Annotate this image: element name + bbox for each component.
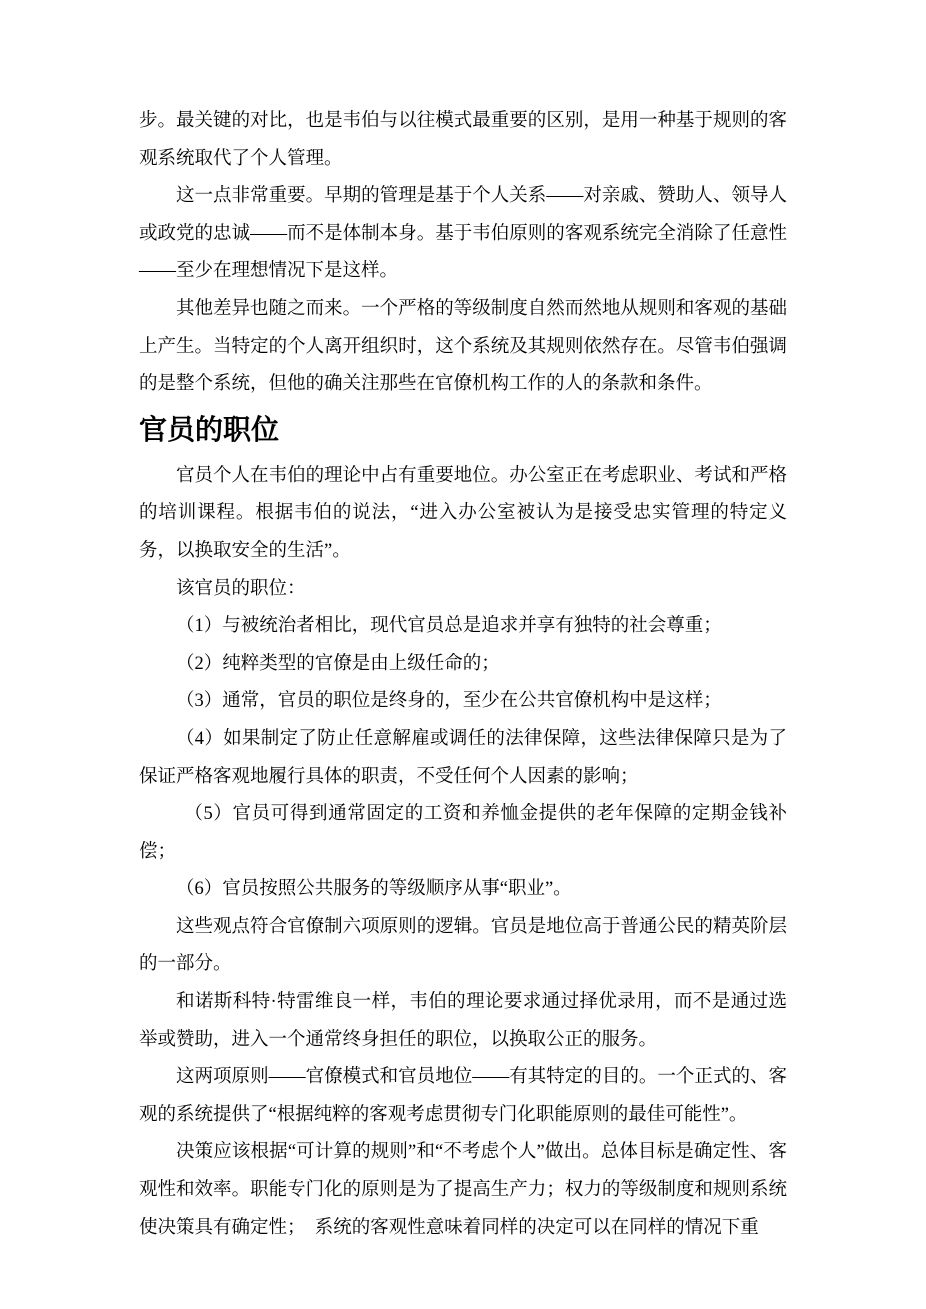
list-item: （2）纯粹类型的官僚是由上级任命的； xyxy=(139,646,787,684)
paragraph: 决策应该根据“可计算的规则”和“不考虑个人”做出。总体目标是确定性、客观性和效率… xyxy=(139,1134,787,1247)
paragraph: 和诺斯科特·特雷维良一样，韦伯的理论要求通过择优录用，而不是通过选举或赞助，进入… xyxy=(139,984,787,1059)
document-body: 步。最关键的对比，也是韦伯与以往模式最重要的区别，是用一种基于规则的客观系统取代… xyxy=(139,103,787,1247)
paragraph: 官员个人在韦伯的理论中占有重要地位。办公室正在考虑职业、考试和严格的培训课程。根… xyxy=(139,458,787,571)
list-item: （1）与被统治者相比，现代官员总是追求并享有独特的社会尊重； xyxy=(139,608,787,646)
paragraph: 这些观点符合官僚制六项原则的逻辑。官员是地位高于普通公民的精英阶层的一部分。 xyxy=(139,909,787,984)
paragraph: 这一点非常重要。早期的管理是基于个人关系——对亲戚、赞助人、领导人或政党的忠诚—… xyxy=(139,178,787,291)
paragraph: 其他差异也随之而来。一个严格的等级制度自然而然地从规则和客观的基础上产生。当特定… xyxy=(139,291,787,404)
list-item: （6）官员按照公共服务的等级顺序从事“职业”。 xyxy=(139,871,787,909)
list-item: （4）如果制定了防止任意解雇或调任的法律保障，这些法律保障只是为了保证严格客观地… xyxy=(139,721,787,796)
list-item: （5）官员可得到通常固定的工资和养恤金提供的老年保障的定期金钱补偿； xyxy=(139,796,787,871)
section-heading: 官员的职位 xyxy=(139,410,787,450)
document-page: 步。最关键的对比，也是韦伯与以往模式最重要的区别，是用一种基于规则的客观系统取代… xyxy=(0,0,926,1309)
paragraph: 这两项原则——官僚模式和官员地位——有其特定的目的。一个正式的、客观的系统提供了… xyxy=(139,1059,787,1134)
paragraph: 步。最关键的对比，也是韦伯与以往模式最重要的区别，是用一种基于规则的客观系统取代… xyxy=(139,103,787,178)
paragraph: 该官员的职位： xyxy=(139,571,787,609)
list-item: （3）通常，官员的职位是终身的，至少在公共官僚机构中是这样； xyxy=(139,683,787,721)
